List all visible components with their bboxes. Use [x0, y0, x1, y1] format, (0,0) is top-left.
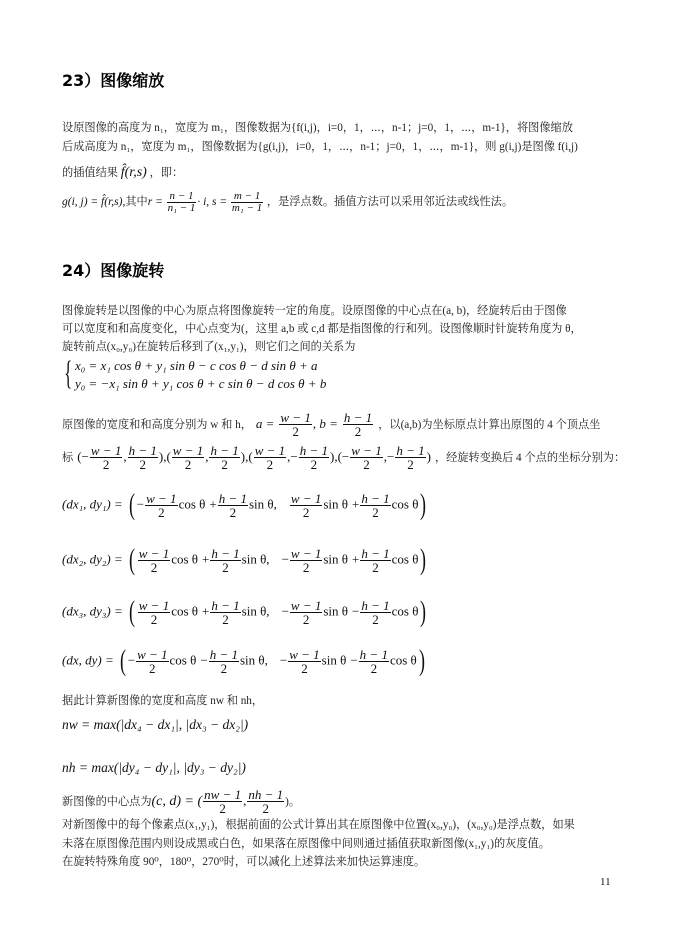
fraction: n − 1n₁ − 1 — [167, 191, 197, 214]
text: ，经旋转变换后 4 个点的坐标分别为： — [435, 452, 625, 464]
numerator: h − 1 — [209, 648, 239, 662]
numerator: w − 1 — [279, 411, 311, 425]
numerator: h − 1 — [210, 547, 240, 561]
sign: − — [128, 653, 135, 668]
denominator: 2 — [360, 613, 390, 626]
text: 的插值结果 — [62, 167, 118, 179]
sign: − — [282, 604, 289, 619]
denominator: 2 — [290, 613, 322, 626]
denominator: 2 — [128, 458, 158, 471]
operator: + — [352, 497, 359, 512]
cos: cos θ — [179, 497, 206, 512]
denominator: 2 — [218, 506, 248, 519]
formula-text: 其中 — [125, 196, 147, 208]
denominator: 2 — [288, 662, 320, 675]
cos: cos θ — [170, 653, 197, 668]
denominator: 2 — [210, 613, 240, 626]
operator: + — [209, 497, 216, 512]
denominator: 2 — [290, 506, 322, 519]
formula-a: a = — [256, 416, 275, 431]
denominator: 2 — [299, 458, 329, 471]
fraction: m − 1m₁ − 1 — [231, 191, 263, 214]
numerator: h − 1 — [299, 444, 329, 458]
section-23-paragraph-line: 后成高度为 n₁，宽度为 m₁，图像数据为{g(i,j)，i=0，1，⋯，n-1… — [62, 138, 578, 156]
numerator: h − 1 — [209, 444, 239, 458]
section-24-paragraph-line: 未落在原图像范围内则设成黑或白色，如果落在原图像中间则通过插值获取新图像(x₁,… — [62, 835, 550, 853]
numerator: w − 1 — [290, 547, 322, 561]
cos: cos θ — [392, 604, 419, 619]
denominator: 2 — [359, 662, 389, 675]
section-24-title: 24）图像旋转 — [62, 258, 164, 281]
section-24-paragraph-line: 原图像的宽度和和高度分别为 w 和 h， a = w − 12, b = h −… — [62, 411, 600, 438]
denominator: 2 — [90, 458, 122, 471]
operator: − — [200, 653, 207, 668]
formula-lhs: g(i, j) = f̂(r,s), — [62, 196, 125, 208]
rotated-point-3: (dx₃, dy₃) = (w − 12cos θ +h − 12sin θ, … — [62, 597, 428, 627]
cos: cos θ — [171, 604, 198, 619]
sin: sin θ — [323, 552, 348, 567]
denominator: m₁ − 1 — [231, 203, 263, 214]
denominator: 2 — [145, 506, 177, 519]
denominator: 2 — [209, 662, 239, 675]
denominator: 2 — [247, 802, 284, 815]
rotated-point-2: (dx₂, dy₂) = (w − 12cos θ +h − 12sin θ, … — [62, 545, 428, 575]
numerator: w − 1 — [254, 444, 286, 458]
rotated-point-1: (dx₁, dy₁) = (−w − 12cos θ +h − 12sin θ,… — [62, 490, 428, 520]
left-brace-icon: { — [64, 357, 72, 391]
denominator: 2 — [210, 561, 240, 574]
text: 原图像的宽度和和高度分别为 w 和 h， — [62, 419, 252, 431]
sin: sin θ, — [242, 552, 270, 567]
denominator: 2 — [279, 425, 311, 438]
numerator: h − 1 — [128, 444, 158, 458]
sign: − — [282, 552, 289, 567]
formula-b: , b = — [313, 416, 338, 431]
vertices-line: 标 (−w − 12,h − 12),(w − 12,h − 12),(w − … — [62, 444, 625, 471]
section-24-paragraph-line: 旋转前点(x₀,y₀)在旋转后移到了(x₁,y₁)，则它们之间的关系为 — [62, 338, 355, 356]
sign: − — [137, 497, 144, 512]
numerator: w − 1 — [290, 492, 322, 506]
numerator: w − 1 — [172, 444, 204, 458]
numerator: h − 1 — [359, 648, 389, 662]
numerator: h − 1 — [343, 411, 373, 425]
text: )。 — [285, 796, 300, 808]
section-23-paragraph-line: 设原图像的高度为 n₁，宽度为 m₁，图像数据为{f(i,j)，i=0，1，⋯，… — [62, 119, 573, 137]
center-point-line: 新图像的中心点为(c, d) = (nw − 12,nh − 12)。 — [62, 788, 300, 815]
cos: cos θ — [392, 497, 419, 512]
numerator: w − 1 — [350, 444, 382, 458]
equation-x0: x₀ = x₁ cos θ + y₁ sin θ − c cos θ − d s… — [75, 358, 318, 374]
section-24-paragraph-line: 图像旋转是以图像的中心为原点将图像旋转一定的角度。设原图像的中心点在(a, b)… — [62, 302, 567, 320]
operator: + — [202, 552, 209, 567]
text: 新图像的中心点为 — [62, 796, 152, 808]
denominator: 2 — [360, 506, 390, 519]
text: ，即： — [150, 167, 184, 179]
denominator: 2 — [172, 458, 204, 471]
text: 标 — [62, 452, 73, 464]
denominator: 2 — [395, 458, 425, 471]
numerator: nh − 1 — [247, 788, 284, 802]
formula-lhs: (dx₃, dy₃) = — [62, 604, 123, 619]
sin: sin θ, — [249, 497, 277, 512]
formula-lhs: (c, d) = ( — [152, 794, 203, 809]
sin: sin θ, — [242, 604, 270, 619]
denominator: 2 — [203, 802, 242, 815]
operator: + — [352, 552, 359, 567]
formula-tail: ，是浮点数。插值方法可以采用邻近法或线性法。 — [267, 196, 513, 208]
section-24-paragraph-line: 对新图像中的每个像素点(x₁,y₁)，根据前面的公式计算出其在原图像中位置(x₀… — [62, 816, 575, 834]
section-24-paragraph-line: 在旋转特殊角度 90⁰，180⁰，270⁰时，可以减化上述算法来加快运算速度。 — [62, 853, 425, 871]
numerator: w − 1 — [145, 492, 177, 506]
numerator: h − 1 — [210, 599, 240, 613]
numerator: w − 1 — [138, 547, 170, 561]
denominator: 2 — [138, 561, 170, 574]
formula-lhs: (dx₁, dy₁) = — [62, 497, 123, 512]
section-24-paragraph-line: 可以宽度和和高度变化，中心点变为(，这里 a,b 或 c,d 都是指图像的行和列… — [62, 320, 582, 338]
sin: sin θ — [323, 497, 348, 512]
denominator: 2 — [350, 458, 382, 471]
nh-formula: nh = max(|dy₄ − dy₁|, |dy₃ − dy₂|) — [62, 760, 246, 776]
cos: cos θ — [171, 552, 198, 567]
sin: sin θ — [323, 604, 348, 619]
denominator: 2 — [136, 662, 168, 675]
nw-formula: nw = max(|dx₄ − dx₁|, |dx₃ − dx₂|) — [62, 717, 248, 733]
sign: − — [280, 653, 287, 668]
denominator: 2 — [138, 613, 170, 626]
numerator: w − 1 — [90, 444, 122, 458]
interpolation-formula: f̂(r,s) — [121, 165, 147, 180]
numerator: nw − 1 — [203, 788, 242, 802]
denominator: 2 — [209, 458, 239, 471]
operator: − — [352, 604, 359, 619]
section-23-title: 23）图像缩放 — [62, 68, 164, 91]
formula-r: r = — [148, 196, 163, 208]
denominator: 2 — [360, 561, 390, 574]
numerator: w − 1 — [290, 599, 322, 613]
section-24-paragraph-line: 据此计算新图像的宽度和高度 nw 和 nh， — [62, 692, 263, 710]
equation-y0: y₀ = −x₁ sin θ + y₁ cos θ + c sin θ − d … — [75, 376, 326, 392]
formula-lhs: (dx, dy) = — [62, 653, 114, 668]
numerator: w − 1 — [136, 648, 168, 662]
scaling-formula: g(i, j) = f̂(r,s),其中r = n − 1n₁ − 1· i, … — [62, 191, 513, 214]
formula-lhs: (dx₂, dy₂) = — [62, 552, 123, 567]
rotated-point-4: (dx, dy) = (−w − 12cos θ −h − 12sin θ, −… — [62, 646, 427, 676]
formula-text: · i, s = — [197, 196, 227, 208]
operator: − — [350, 653, 357, 668]
sin: sin θ, — [240, 653, 268, 668]
numerator: w − 1 — [288, 648, 320, 662]
numerator: h − 1 — [360, 492, 390, 506]
text: ，以(a,b)为坐标原点计算出原图的 4 个顶点坐 — [378, 419, 600, 431]
cos: cos θ — [392, 552, 419, 567]
fraction: h − 12 — [343, 411, 373, 438]
sin: sin θ — [322, 653, 347, 668]
denominator: 2 — [343, 425, 373, 438]
numerator: h − 1 — [218, 492, 248, 506]
section-23-paragraph-line: 的插值结果 f̂(r,s) ，即： — [62, 164, 183, 182]
page-number: 11 — [600, 876, 611, 888]
numerator: h − 1 — [360, 547, 390, 561]
operator: + — [202, 604, 209, 619]
fraction: w − 12 — [279, 411, 311, 438]
denominator: n₁ − 1 — [167, 203, 197, 214]
cos: cos θ — [390, 653, 417, 668]
numerator: w − 1 — [138, 599, 170, 613]
denominator: 2 — [290, 561, 322, 574]
numerator: h − 1 — [395, 444, 425, 458]
numerator: h − 1 — [360, 599, 390, 613]
denominator: 2 — [254, 458, 286, 471]
